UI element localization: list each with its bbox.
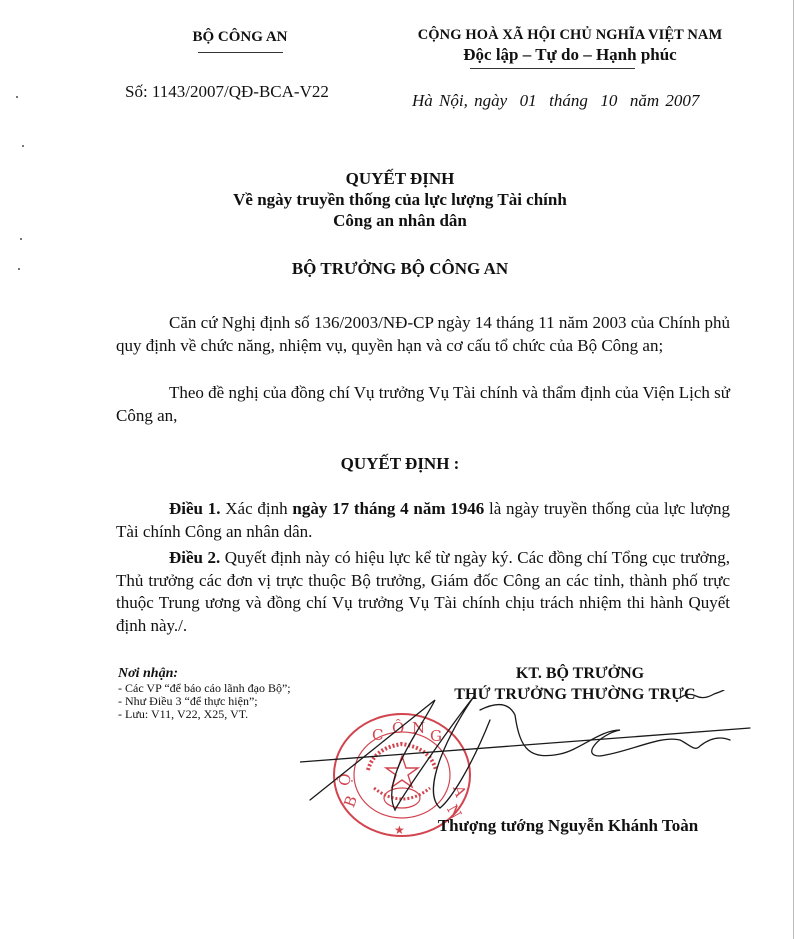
signature-authority: KT. BỘ TRƯỞNG (430, 665, 730, 683)
scan-speck (20, 238, 22, 240)
scan-speck (22, 145, 24, 147)
document-subject-line2: Công an nhân dân (100, 210, 700, 231)
page-edge (793, 0, 794, 939)
agency-underline (198, 52, 283, 53)
document-title: QUYẾT ĐỊNH Về ngày truyền thống của lực … (100, 168, 700, 231)
national-title: CỘNG HOÀ XÃ HỘI CHỦ NGHĨA VIỆT NAM (370, 27, 770, 44)
recipients-title: Nơi nhận: (118, 666, 291, 682)
document-type: QUYẾT ĐỊNH (100, 168, 700, 189)
scan-speck (18, 268, 20, 270)
signatory-name: Thượng tướng Nguyễn Khánh Toàn (398, 816, 738, 836)
recipient-item: - Lưu: V11, V22, X25, VT. (118, 708, 291, 721)
document-number: Số: 1143/2007/QĐ-BCA-V22 (125, 82, 329, 102)
preamble-paragraph: Căn cứ Nghị định số 136/2003/NĐ-CP ngày … (116, 312, 730, 357)
article-label: Điều 1. (169, 499, 221, 518)
issuing-agency: BỘ CÔNG AN (150, 29, 330, 46)
document-subject-line1: Về ngày truyền thống của lực lượng Tài c… (100, 189, 700, 210)
issuer-title: BỘ TRƯỞNG BỘ CÔNG AN (100, 259, 700, 279)
article-text: Xác định (221, 499, 293, 518)
recipients-block: Nơi nhận: - Các VP “để báo cáo lãnh đạo … (118, 666, 291, 721)
article-2: Điều 2. Quyết định này có hiệu lực kể từ… (116, 547, 730, 637)
motto-underline (470, 68, 635, 69)
preamble-paragraph: Theo đề nghị của đồng chí Vụ trưởng Vụ T… (116, 382, 730, 427)
scan-speck (16, 96, 18, 98)
place-date: Hà Nội, ngày 01 tháng 10 năm 2007 (412, 91, 699, 111)
article-highlight: ngày 17 tháng 4 năm 1946 (292, 499, 484, 518)
decision-heading: QUYẾT ĐỊNH : (100, 454, 700, 474)
article-1: Điều 1. Xác định ngày 17 tháng 4 năm 194… (116, 498, 730, 543)
national-motto: Độc lập – Tự do – Hạnh phúc (370, 45, 770, 65)
article-label: Điều 2. (169, 548, 220, 567)
